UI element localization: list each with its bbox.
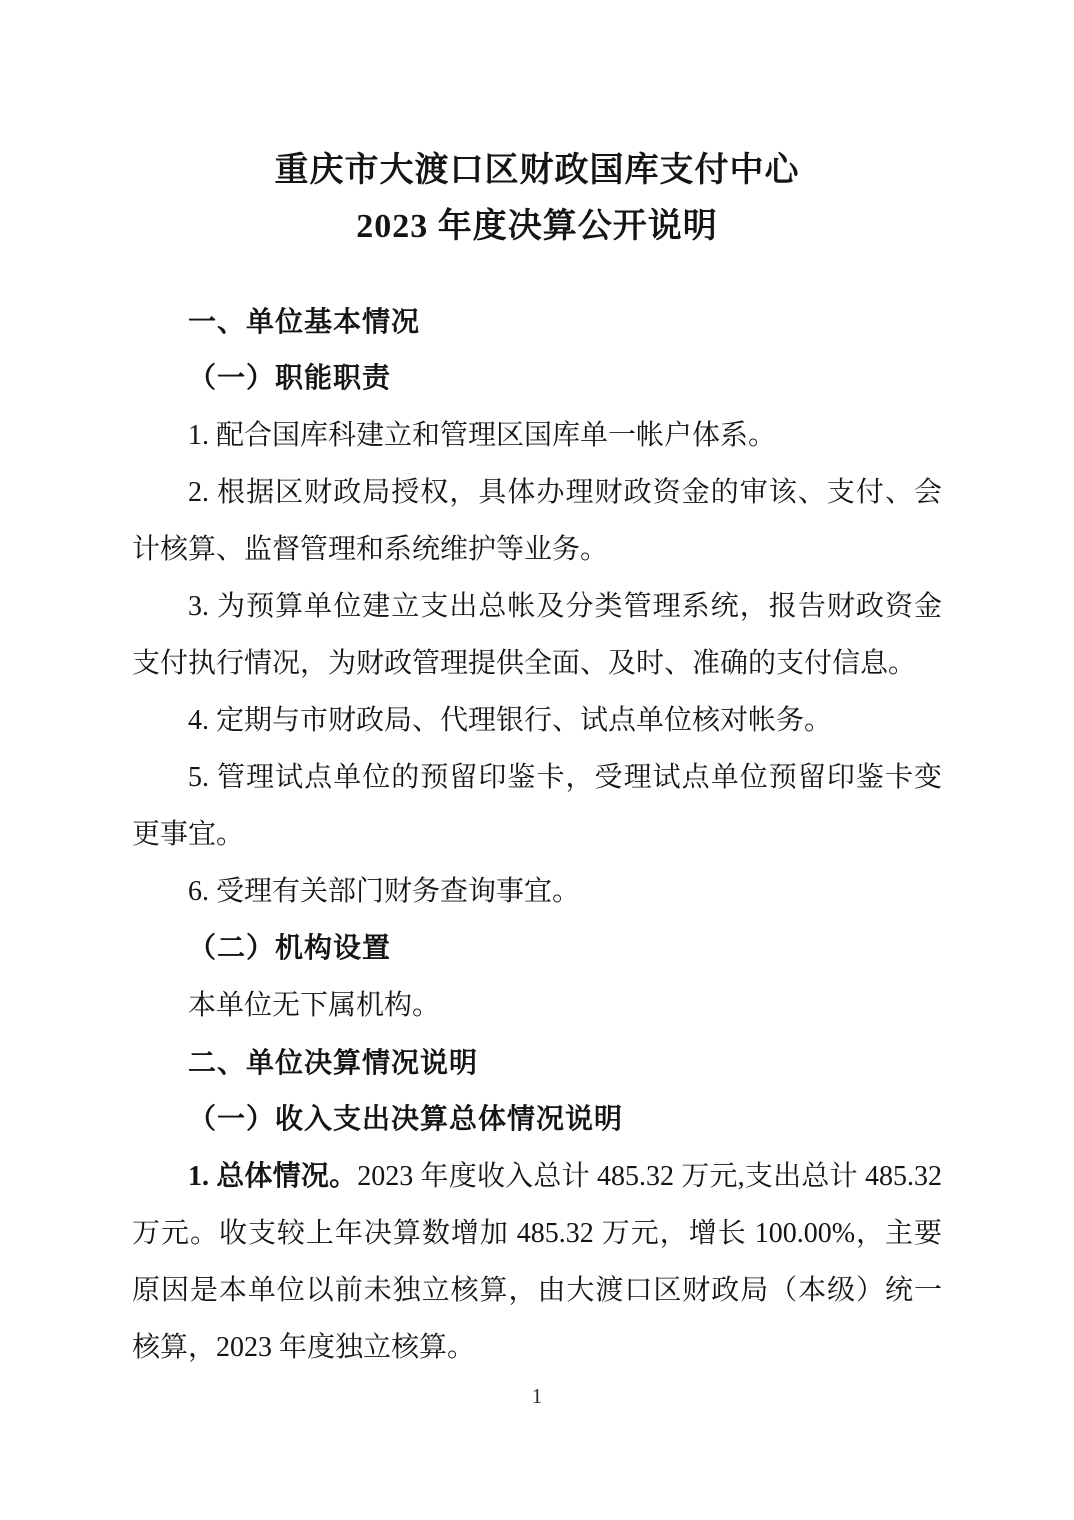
paragraph-duty-6: 6. 受理有关部门财务查询事宜。 [132, 863, 942, 920]
paragraph-duty-4: 4. 定期与市财政局、代理银行、试点单位核对帐务。 [132, 692, 942, 749]
document-content: 重庆市大渡口区财政国库支付中心 2023 年度决算公开说明 一、单位基本情况 （… [132, 143, 942, 1376]
paragraph-duty-2: 2. 根据区财政局授权，具体办理财政资金的审该、支付、会计核算、监督管理和系统维… [132, 464, 942, 578]
document-body: 一、单位基本情况 （一）职能职责 1. 配合国库科建立和管理区国库单一帐户体系。… [132, 293, 942, 1376]
document-title: 重庆市大渡口区财政国库支付中心 2023 年度决算公开说明 [132, 143, 942, 255]
paragraph-overall-situation-lead: 1. 总体情况。 [188, 1161, 357, 1192]
section-heading-final-accounts: 二、单位决算情况说明 [132, 1034, 942, 1091]
paragraph-duty-1: 1. 配合国库科建立和管理区国库单一帐户体系。 [132, 407, 942, 464]
page-number: 1 [0, 1382, 1074, 1410]
section-heading-unit-basic-info: 一、单位基本情况 [132, 293, 942, 350]
document-page: 重庆市大渡口区财政国库支付中心 2023 年度决算公开说明 一、单位基本情况 （… [0, 0, 1074, 1520]
subsection-heading-income-expenditure-overview: （一）收入支出决算总体情况说明 [132, 1091, 942, 1148]
paragraph-duty-5: 5. 管理试点单位的预留印鉴卡，受理试点单位预留印鉴卡变更事宜。 [132, 749, 942, 863]
subsection-heading-duties: （一）职能职责 [132, 350, 942, 407]
paragraph-org-structure: 本单位无下属机构。 [132, 977, 942, 1034]
paragraph-duty-3: 3. 为预算单位建立支出总帐及分类管理系统，报告财政资金支付执行情况，为财政管理… [132, 578, 942, 692]
paragraph-overall-situation: 1. 总体情况。2023 年度收入总计 485.32 万元,支出总计 485.3… [132, 1148, 942, 1376]
title-line-2: 2023 年度决算公开说明 [132, 199, 942, 255]
subsection-heading-org-structure: （二）机构设置 [132, 920, 942, 977]
title-line-1: 重庆市大渡口区财政国库支付中心 [132, 143, 942, 199]
